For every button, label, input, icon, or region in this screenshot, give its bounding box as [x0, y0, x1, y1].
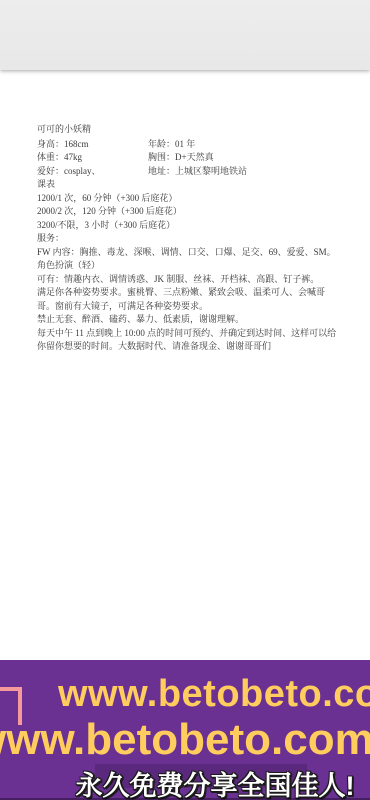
profile-height: 身高：168cm [37, 138, 148, 152]
profile-hobby: 爱好：cosplay、 [37, 165, 148, 179]
profile-age: 年龄：01 年 [148, 138, 337, 152]
document-body: 可可的小妖精 身高：168cm 年龄：01 年 体重：47kg 胸围：D+天然真… [37, 123, 337, 354]
service-line: FW 内容：胸推、毒龙、深喉、调情、口交、口爆、足交、69、爱爱、SM。角色扮演… [37, 246, 337, 273]
schedule-heading: 课表 [37, 178, 337, 192]
promo-url-bottom: www.betobeto.com [0, 715, 370, 765]
profile-info: 身高：168cm 年龄：01 年 体重：47kg 胸围：D+天然真 爱好：cos… [37, 138, 337, 179]
service-heading: 服务： [37, 232, 337, 246]
service-line: 满足你各种姿势要求。蜜桃臀、三点粉嫩、紧致会吸、温柔可人、会喊哥哥。窗前有大镜子… [37, 286, 337, 313]
service-line: 可有：情趣内衣、调情诱惑、JK 制服、丝袜、开档袜、高跟、钉子裤。 [37, 273, 337, 287]
profile-row: 体重：47kg 胸围：D+天然真 [37, 151, 337, 165]
service-line: 禁止无套、醉酒、磕药、暴力、低素质，谢谢理解。 [37, 313, 337, 327]
service-line: 每天中午 11 点到晚上 10:00 点的时间可预约、并确定到达时间、这样可以给… [37, 327, 337, 354]
profile-address: 地址：上城区黎明地铁站 [148, 165, 337, 179]
page-title: 可可的小妖精 [37, 123, 337, 137]
screenshot-root: 可可的小妖精 身高：168cm 年龄：01 年 体重：47kg 胸围：D+天然真… [0, 0, 370, 800]
page-top-gray-margin [0, 0, 370, 70]
schedule-item: 2000/2 次，120 分钟（+300 后庭花） [37, 205, 337, 219]
profile-row: 身高：168cm 年龄：01 年 [37, 138, 337, 152]
profile-weight: 体重：47kg [37, 151, 148, 165]
profile-bust: 胸围：D+天然真 [148, 151, 337, 165]
promo-tagline: 永久免费分享全国佳人! [0, 764, 370, 800]
profile-row: 爱好：cosplay、 地址：上城区黎明地铁站 [37, 165, 337, 179]
schedule-item: 1200/1 次，60 分钟（+300 后庭花） [37, 192, 337, 206]
schedule-item: 3200/不限，3 小时（+300 后庭花） [37, 219, 337, 233]
promo-banner[interactable]: www.betobeto.com www.betobeto.com 永久免费分享… [0, 660, 370, 800]
promo-url-top: www.betobeto.com [58, 673, 370, 716]
